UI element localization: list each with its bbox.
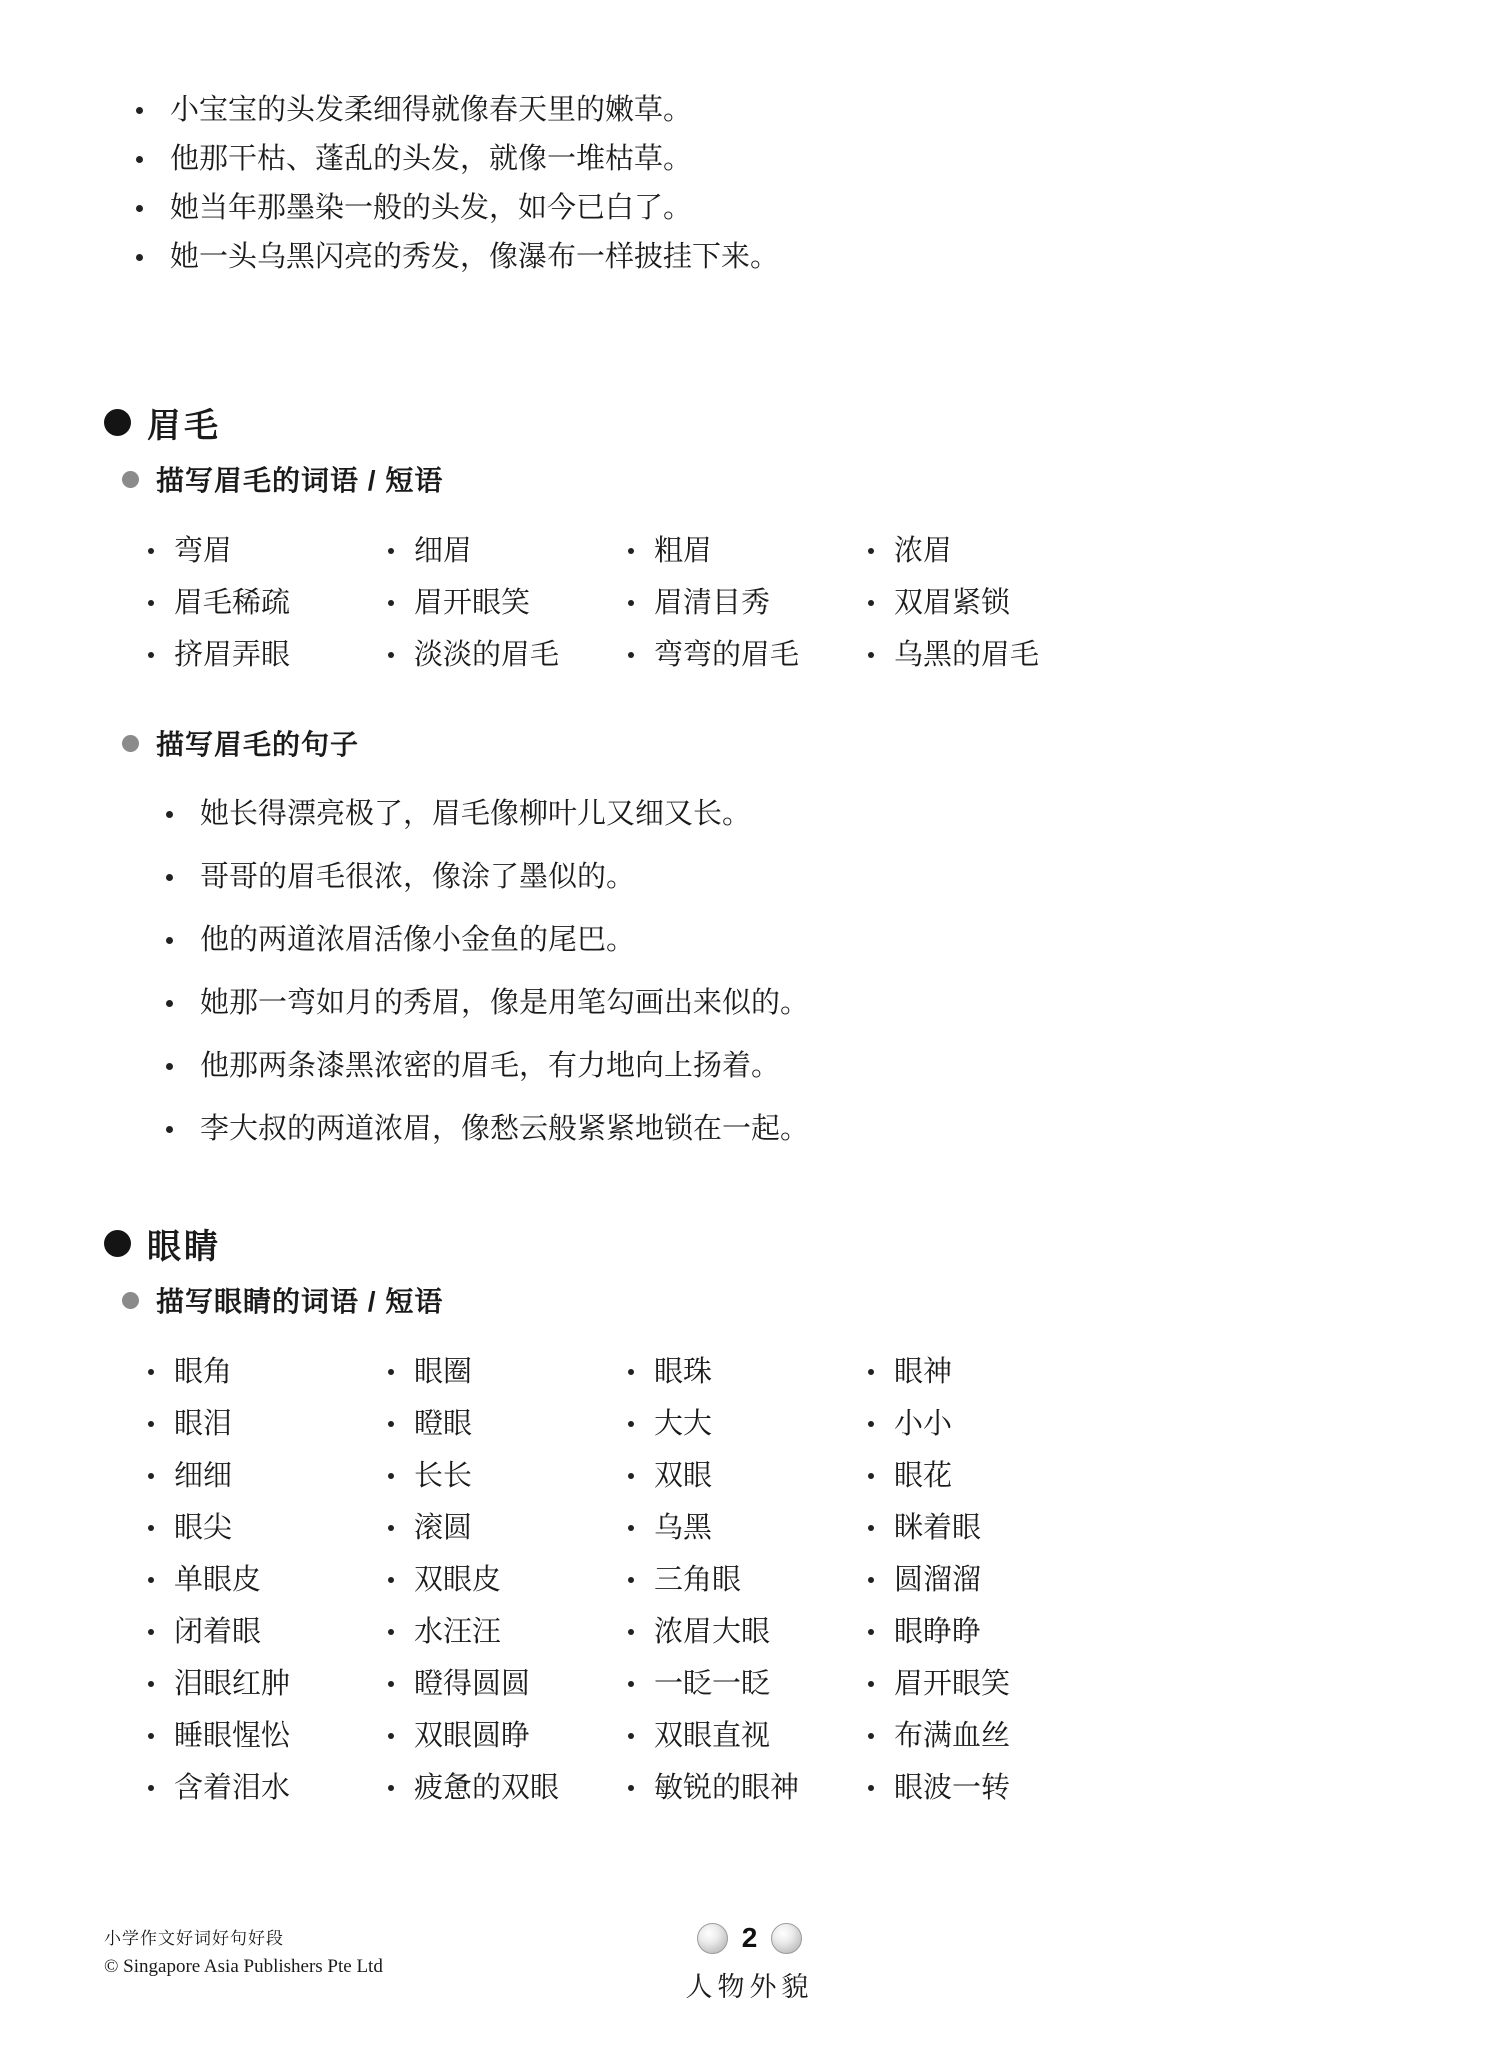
bullet-dot-icon — [388, 1681, 414, 1687]
list-item: 他那干枯、蓬乱的头发，就像一堆枯草。 — [136, 135, 1409, 184]
word-text: 眼尖 — [174, 1502, 232, 1554]
sentence-text: 李大叔的两道浓眉，像愁云般紧紧地锁在一起。 — [200, 1098, 809, 1161]
bullet-dot-icon — [148, 1473, 174, 1479]
list-item: 小宝宝的头发柔细得就像春天里的嫩草。 — [136, 86, 1409, 135]
word-item: 单眼皮 — [148, 1554, 388, 1606]
list-item: 他那两条漆黑浓密的眉毛，有力地向上扬着。 — [166, 1035, 1409, 1098]
word-item: 细眉 — [388, 525, 628, 577]
bullet-dot-icon — [388, 600, 414, 606]
word-text: 弯弯的眉毛 — [654, 629, 799, 681]
bullet-dot-icon — [868, 1577, 894, 1583]
word-item: 疲惫的双眼 — [388, 1762, 628, 1814]
eyebrow-sentence-list: 她长得漂亮极了，眉毛像柳叶儿又细又长。 哥哥的眉毛很浓，像涂了墨似的。 他的两道… — [166, 783, 1409, 1161]
bullet-dot-icon — [148, 652, 174, 658]
list-item: 哥哥的眉毛很浓，像涂了墨似的。 — [166, 846, 1409, 909]
word-item: 挤眉弄眼 — [148, 629, 388, 681]
word-item: 大大 — [628, 1398, 868, 1450]
bullet-dot-icon — [628, 1577, 654, 1583]
word-text: 眼花 — [894, 1450, 952, 1502]
bullet-dot-icon — [148, 1733, 174, 1739]
word-row: 挤眉弄眼 淡淡的眉毛 弯弯的眉毛 乌黑的眉毛 — [148, 629, 1409, 681]
bullet-dot-icon — [148, 1577, 174, 1583]
word-item: 眼角 — [148, 1346, 388, 1398]
word-item: 布满血丝 — [868, 1710, 1409, 1762]
bullet-dot-icon — [388, 1525, 414, 1531]
ring-ornament-icon — [771, 1923, 802, 1954]
word-text: 睡眼惺忪 — [174, 1710, 290, 1762]
bullet-dot-icon — [148, 1785, 174, 1791]
word-item: 眯着眼 — [868, 1502, 1409, 1554]
word-text: 泪眼红肿 — [174, 1658, 290, 1710]
list-item: 她一头乌黑闪亮的秀发，像瀑布一样披挂下来。 — [136, 233, 1409, 282]
word-item: 眉毛稀疏 — [148, 577, 388, 629]
section-title: 眉毛 — [147, 398, 221, 447]
bullet-dot-icon — [136, 254, 170, 261]
word-item: 一眨一眨 — [628, 1658, 868, 1710]
bullet-dot-icon — [628, 652, 654, 658]
word-text: 双眼圆睁 — [414, 1710, 530, 1762]
subsection-title: 描写眉毛的句子 — [156, 723, 359, 763]
sentence-text: 他的两道浓眉活像小金鱼的尾巴。 — [200, 909, 635, 972]
word-text: 眼圈 — [414, 1346, 472, 1398]
word-text: 眉清目秀 — [654, 577, 770, 629]
word-text: 眯着眼 — [894, 1502, 981, 1554]
word-text: 眉毛稀疏 — [174, 577, 290, 629]
word-text: 布满血丝 — [894, 1710, 1010, 1762]
eyebrow-word-grid: 弯眉 细眉 粗眉 浓眉 眉毛稀疏 眉开眼笑 眉清目秀 双眉紧锁 挤眉弄眼 淡淡的… — [148, 525, 1409, 681]
word-text: 双眼直视 — [654, 1710, 770, 1762]
word-item: 水汪汪 — [388, 1606, 628, 1658]
subsection-heading: 描写眉毛的句子 — [122, 723, 1409, 763]
bullet-dot-icon — [868, 1421, 894, 1427]
bullet-dot-icon — [628, 1473, 654, 1479]
word-item: 眼睁睁 — [868, 1606, 1409, 1658]
list-item: 她那一弯如月的秀眉，像是用笔勾画出来似的。 — [166, 972, 1409, 1035]
bullet-dot-icon — [868, 1733, 894, 1739]
eye-word-grid: 眼角 眼圈 眼珠 眼神 眼泪 瞪眼 大大 小小 细细 长长 双眼 眼花 眼尖 滚… — [148, 1346, 1409, 1814]
bullet-dot-icon — [628, 1733, 654, 1739]
bullet-dot-icon — [388, 1473, 414, 1479]
sentence-text: 她长得漂亮极了，眉毛像柳叶儿又细又长。 — [200, 783, 751, 846]
bullet-dot-icon — [136, 156, 170, 163]
word-text: 眼角 — [174, 1346, 232, 1398]
word-item: 含着泪水 — [148, 1762, 388, 1814]
bullet-dot-icon — [388, 1369, 414, 1375]
bullet-dot-icon — [628, 1681, 654, 1687]
word-row: 泪眼红肿 瞪得圆圆 一眨一眨 眉开眼笑 — [148, 1658, 1409, 1710]
bullet-dot-icon — [166, 874, 200, 881]
word-row: 眼尖 滚圆 乌黑 眯着眼 — [148, 1502, 1409, 1554]
word-row: 睡眼惺忪 双眼圆睁 双眼直视 布满血丝 — [148, 1710, 1409, 1762]
word-item: 双眼圆睁 — [388, 1710, 628, 1762]
word-text: 眼泪 — [174, 1398, 232, 1450]
word-text: 眼睁睁 — [894, 1606, 981, 1658]
list-item: 她长得漂亮极了，眉毛像柳叶儿又细又长。 — [166, 783, 1409, 846]
word-text: 双眼皮 — [414, 1554, 501, 1606]
word-text: 眉开眼笑 — [894, 1658, 1010, 1710]
subsection-dot-icon — [122, 471, 139, 488]
word-text: 一眨一眨 — [654, 1658, 770, 1710]
word-text: 浓眉 — [894, 525, 952, 577]
word-item: 双眼皮 — [388, 1554, 628, 1606]
bullet-dot-icon — [388, 1785, 414, 1791]
bullet-dot-icon — [148, 548, 174, 554]
bullet-dot-icon — [388, 548, 414, 554]
word-row: 眼泪 瞪眼 大大 小小 — [148, 1398, 1409, 1450]
word-text: 浓眉大眼 — [654, 1606, 770, 1658]
section-heading: 眼睛 — [104, 1219, 1409, 1268]
page-number: 2 — [742, 1922, 758, 1954]
word-text: 粗眉 — [654, 525, 712, 577]
word-text: 敏锐的眼神 — [654, 1762, 799, 1814]
word-row: 单眼皮 双眼皮 三角眼 圆溜溜 — [148, 1554, 1409, 1606]
word-row: 细细 长长 双眼 眼花 — [148, 1450, 1409, 1502]
word-item: 圆溜溜 — [868, 1554, 1409, 1606]
word-row: 含着泪水 疲惫的双眼 敏锐的眼神 眼波一转 — [148, 1762, 1409, 1814]
word-item: 弯眉 — [148, 525, 388, 577]
bullet-dot-icon — [628, 1629, 654, 1635]
word-text: 闭着眼 — [174, 1606, 261, 1658]
word-item: 小小 — [868, 1398, 1409, 1450]
bullet-dot-icon — [148, 1629, 174, 1635]
word-item: 双眉紧锁 — [868, 577, 1409, 629]
subsection-dot-icon — [122, 735, 139, 752]
word-text: 双眼 — [654, 1450, 712, 1502]
word-item: 淡淡的眉毛 — [388, 629, 628, 681]
bullet-dot-icon — [166, 1126, 200, 1133]
bullet-dot-icon — [628, 600, 654, 606]
word-item: 瞪眼 — [388, 1398, 628, 1450]
bullet-dot-icon — [148, 1369, 174, 1375]
word-text: 瞪得圆圆 — [414, 1658, 530, 1710]
word-text: 乌黑的眉毛 — [894, 629, 1039, 681]
footer-center: 2 人物外貌 — [0, 1922, 1499, 2004]
word-text: 圆溜溜 — [894, 1554, 981, 1606]
bullet-dot-icon — [628, 548, 654, 554]
bullet-dot-icon — [868, 1473, 894, 1479]
section-heading: 眉毛 — [104, 398, 1409, 447]
bullet-dot-icon — [166, 1000, 200, 1007]
subsection-title: 描写眉毛的词语 / 短语 — [156, 459, 443, 499]
list-item: 李大叔的两道浓眉，像愁云般紧紧地锁在一起。 — [166, 1098, 1409, 1161]
word-row: 眉毛稀疏 眉开眼笑 眉清目秀 双眉紧锁 — [148, 577, 1409, 629]
section-eyes: 眼睛 描写眼睛的词语 / 短语 眼角 眼圈 眼珠 眼神 眼泪 瞪眼 大大 小小 … — [136, 1219, 1409, 1814]
word-text: 挤眉弄眼 — [174, 629, 290, 681]
bullet-dot-icon — [136, 205, 170, 212]
word-text: 眉开眼笑 — [414, 577, 530, 629]
bullet-dot-icon — [148, 1525, 174, 1531]
word-text: 乌黑 — [654, 1502, 712, 1554]
word-item: 粗眉 — [628, 525, 868, 577]
bullet-dot-icon — [868, 1785, 894, 1791]
word-item: 眼神 — [868, 1346, 1409, 1398]
bullet-dot-icon — [868, 652, 894, 658]
word-text: 大大 — [654, 1398, 712, 1450]
word-item: 敏锐的眼神 — [628, 1762, 868, 1814]
word-text: 小小 — [894, 1398, 952, 1450]
word-item: 浓眉大眼 — [628, 1606, 868, 1658]
sentence-text: 她一头乌黑闪亮的秀发，像瀑布一样披挂下来。 — [170, 233, 779, 282]
word-item: 眼尖 — [148, 1502, 388, 1554]
word-item: 乌黑 — [628, 1502, 868, 1554]
bullet-dot-icon — [868, 1525, 894, 1531]
bullet-dot-icon — [148, 600, 174, 606]
bullet-dot-icon — [868, 600, 894, 606]
bullet-dot-icon — [868, 1369, 894, 1375]
word-item: 三角眼 — [628, 1554, 868, 1606]
word-text: 滚圆 — [414, 1502, 472, 1554]
bullet-dot-icon — [628, 1369, 654, 1375]
word-item: 泪眼红肿 — [148, 1658, 388, 1710]
word-row: 眼角 眼圈 眼珠 眼神 — [148, 1346, 1409, 1398]
word-text: 淡淡的眉毛 — [414, 629, 559, 681]
word-item: 滚圆 — [388, 1502, 628, 1554]
bullet-dot-icon — [628, 1785, 654, 1791]
sentence-text: 她那一弯如月的秀眉，像是用笔勾画出来似的。 — [200, 972, 809, 1035]
bullet-dot-icon — [148, 1421, 174, 1427]
word-item: 闭着眼 — [148, 1606, 388, 1658]
word-row: 闭着眼 水汪汪 浓眉大眼 眼睁睁 — [148, 1606, 1409, 1658]
bullet-dot-icon — [868, 548, 894, 554]
word-text: 单眼皮 — [174, 1554, 261, 1606]
word-text: 含着泪水 — [174, 1762, 290, 1814]
book-page: { "hair_sentences": [ "小宝宝的头发柔细得就像春天里的嫩草… — [0, 0, 1499, 2054]
bullet-dot-icon — [166, 811, 200, 818]
word-item: 眉开眼笑 — [868, 1658, 1409, 1710]
section-dot-icon — [104, 409, 131, 436]
subsection-heading: 描写眉毛的词语 / 短语 — [122, 459, 1409, 499]
word-text: 长长 — [414, 1450, 472, 1502]
bullet-dot-icon — [388, 652, 414, 658]
word-item: 眼圈 — [388, 1346, 628, 1398]
bullet-dot-icon — [388, 1577, 414, 1583]
bullet-dot-icon — [388, 1733, 414, 1739]
word-text: 弯眉 — [174, 525, 232, 577]
word-item: 眼波一转 — [868, 1762, 1409, 1814]
bullet-dot-icon — [166, 1063, 200, 1070]
sentence-text: 小宝宝的头发柔细得就像春天里的嫩草。 — [170, 86, 692, 135]
word-text: 细细 — [174, 1450, 232, 1502]
subsection-heading: 描写眼睛的词语 / 短语 — [122, 1280, 1409, 1320]
page-content: 小宝宝的头发柔细得就像春天里的嫩草。 他那干枯、蓬乱的头发，就像一堆枯草。 她当… — [0, 0, 1499, 1814]
sentence-text: 哥哥的眉毛很浓，像涂了墨似的。 — [200, 846, 635, 909]
word-text: 眼珠 — [654, 1346, 712, 1398]
bullet-dot-icon — [868, 1629, 894, 1635]
word-item: 眉开眼笑 — [388, 577, 628, 629]
word-item: 睡眼惺忪 — [148, 1710, 388, 1762]
sentence-text: 他那干枯、蓬乱的头发，就像一堆枯草。 — [170, 135, 692, 184]
word-item: 双眼 — [628, 1450, 868, 1502]
bullet-dot-icon — [628, 1421, 654, 1427]
section-title: 眼睛 — [147, 1219, 221, 1268]
word-item: 细细 — [148, 1450, 388, 1502]
word-item: 眼花 — [868, 1450, 1409, 1502]
list-item: 她当年那墨染一般的头发，如今已白了。 — [136, 184, 1409, 233]
subsection-title: 描写眼睛的词语 / 短语 — [156, 1280, 443, 1320]
bullet-dot-icon — [868, 1681, 894, 1687]
subsection-dot-icon — [122, 1292, 139, 1309]
word-item: 长长 — [388, 1450, 628, 1502]
word-text: 双眉紧锁 — [894, 577, 1010, 629]
word-text: 三角眼 — [654, 1554, 741, 1606]
bullet-dot-icon — [136, 107, 170, 114]
sentence-text: 她当年那墨染一般的头发，如今已白了。 — [170, 184, 692, 233]
hair-sentence-list: 小宝宝的头发柔细得就像春天里的嫩草。 他那干枯、蓬乱的头发，就像一堆枯草。 她当… — [136, 86, 1409, 282]
word-text: 瞪眼 — [414, 1398, 472, 1450]
chapter-title: 人物外貌 — [0, 1965, 1499, 2004]
section-dot-icon — [104, 1230, 131, 1257]
word-text: 眼神 — [894, 1346, 952, 1398]
bullet-dot-icon — [166, 937, 200, 944]
bullet-dot-icon — [388, 1629, 414, 1635]
word-item: 眉清目秀 — [628, 577, 868, 629]
word-row: 弯眉 细眉 粗眉 浓眉 — [148, 525, 1409, 577]
word-text: 眼波一转 — [894, 1762, 1010, 1814]
word-item: 双眼直视 — [628, 1710, 868, 1762]
word-item: 眼珠 — [628, 1346, 868, 1398]
word-text: 疲惫的双眼 — [414, 1762, 559, 1814]
bullet-dot-icon — [628, 1525, 654, 1531]
word-item: 弯弯的眉毛 — [628, 629, 868, 681]
bullet-dot-icon — [388, 1421, 414, 1427]
page-number-row: 2 — [697, 1922, 803, 1954]
word-item: 眼泪 — [148, 1398, 388, 1450]
word-item: 瞪得圆圆 — [388, 1658, 628, 1710]
word-item: 乌黑的眉毛 — [868, 629, 1409, 681]
word-item: 浓眉 — [868, 525, 1409, 577]
ring-ornament-icon — [697, 1923, 728, 1954]
word-text: 细眉 — [414, 525, 472, 577]
word-text: 水汪汪 — [414, 1606, 501, 1658]
section-eyebrows: 眉毛 描写眉毛的词语 / 短语 弯眉 细眉 粗眉 浓眉 眉毛稀疏 眉开眼笑 眉清… — [136, 398, 1409, 1161]
list-item: 他的两道浓眉活像小金鱼的尾巴。 — [166, 909, 1409, 972]
sentence-text: 他那两条漆黑浓密的眉毛，有力地向上扬着。 — [200, 1035, 780, 1098]
bullet-dot-icon — [148, 1681, 174, 1687]
